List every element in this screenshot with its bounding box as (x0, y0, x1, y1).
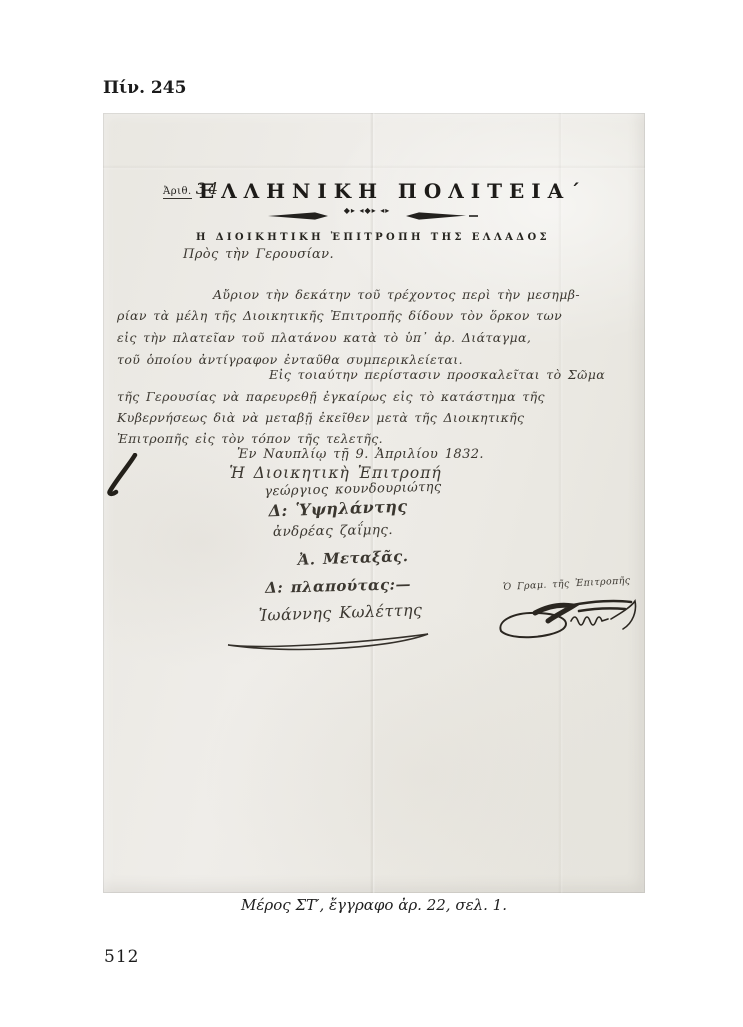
body-paragraph2-line: Ἐπιτροπῆς εἰς τὸν τόπον τῆς τελετῆς. (117, 431, 447, 446)
subheader-committee: Η ΔΙΟΙΚΗΤΙΚΗ ἘΠΙΤΡΟΠΗ ΤΗΣ ΕΛΛΑΔΟΣ (173, 232, 573, 243)
body-paragraph2-line: τῆς Γερουσίας νὰ παρευρεθῇ ἐγκαίρως εἰς … (117, 389, 633, 404)
page-number: 512 (104, 947, 139, 967)
body-paragraph2-line: Εἰς τοιαύτην περίστασιν προσκαλεῖται τὸ … (117, 367, 743, 382)
plate-label: Πίν. 245 (103, 78, 186, 98)
body-paragraph1-line: ρίαν τὰ μέλη τῆς Διοικητικῆς Ἐπιτροπῆς δ… (117, 308, 633, 323)
body-paragraph1-line: τοῦ ὁποίου ἀντίγραφον ἐνταῦθα συμπερικλε… (117, 352, 547, 367)
secretary-signature-flourish (493, 591, 643, 647)
scanned-document: Ἀριθ.34 ΕΛΛΗΝΙΚΗ ΠΟΛΙΤΕΙΑ´ ◆▸ ◂◆▸ ◂▸ Η Δ… (103, 113, 645, 893)
signature-kolettis: Ἰωάννης Κωλέττης (228, 599, 454, 626)
kolettis-signature-flourish (218, 628, 438, 654)
paper-fold-line (558, 113, 563, 893)
signature-ypsilantis: Δ: Ὑψηλάντης (243, 496, 434, 522)
signature-zaimis: ἀνδρέας ζαΐμης. (243, 521, 423, 540)
ornament-divider: ◆▸ ◂◆▸ ◂▸ (268, 209, 478, 223)
body-paragraph2-line: Κυβερνήσεως διὰ νὰ μεταβῇ ἐκεῖθεν μετὰ τ… (117, 410, 633, 425)
ornament-glyphs: ◆▸ ◂◆▸ ◂▸ (331, 206, 403, 215)
body-paragraph1-line: εἰς τὴν πλατεῖαν τοῦ πλατάνου κατὰ τὸ ὑπ… (117, 330, 633, 345)
body-paragraph1-line: Αὔριον τὴν δεκάτην τοῦ τρέχοντος περὶ τὴ… (117, 287, 729, 302)
salutation: Πρὸς τὴν Γερουσίαν. (183, 247, 334, 262)
document-number-label: Ἀριθ. (163, 186, 192, 199)
ink-flourish-mark (105, 453, 141, 497)
book-page: Πίν. 245 Ἀριθ.34 ΕΛΛΗΝΙΚΗ ΠΟΛΙΤΕΙΑ´ ◆▸ ◂… (0, 0, 743, 1027)
signature-plapoutas: Δ: πλαπούτας:— (243, 575, 433, 598)
paper-fold-line (103, 165, 645, 170)
figure-caption: Μέρος ΣΤ′, ἔγγραφο ἀρ. 22, σελ. 1. (103, 896, 645, 914)
dateline: Ἐν Ναυπλίῳ τῇ 9. Ἀπριλίου 1832. (228, 447, 493, 462)
masthead-title: ΕΛΛΗΝΙΚΗ ΠΟΛΙΤΕΙΑ´ (193, 179, 593, 203)
signature-metaxas: Ἀ. Μεταξᾶς. (268, 546, 439, 570)
